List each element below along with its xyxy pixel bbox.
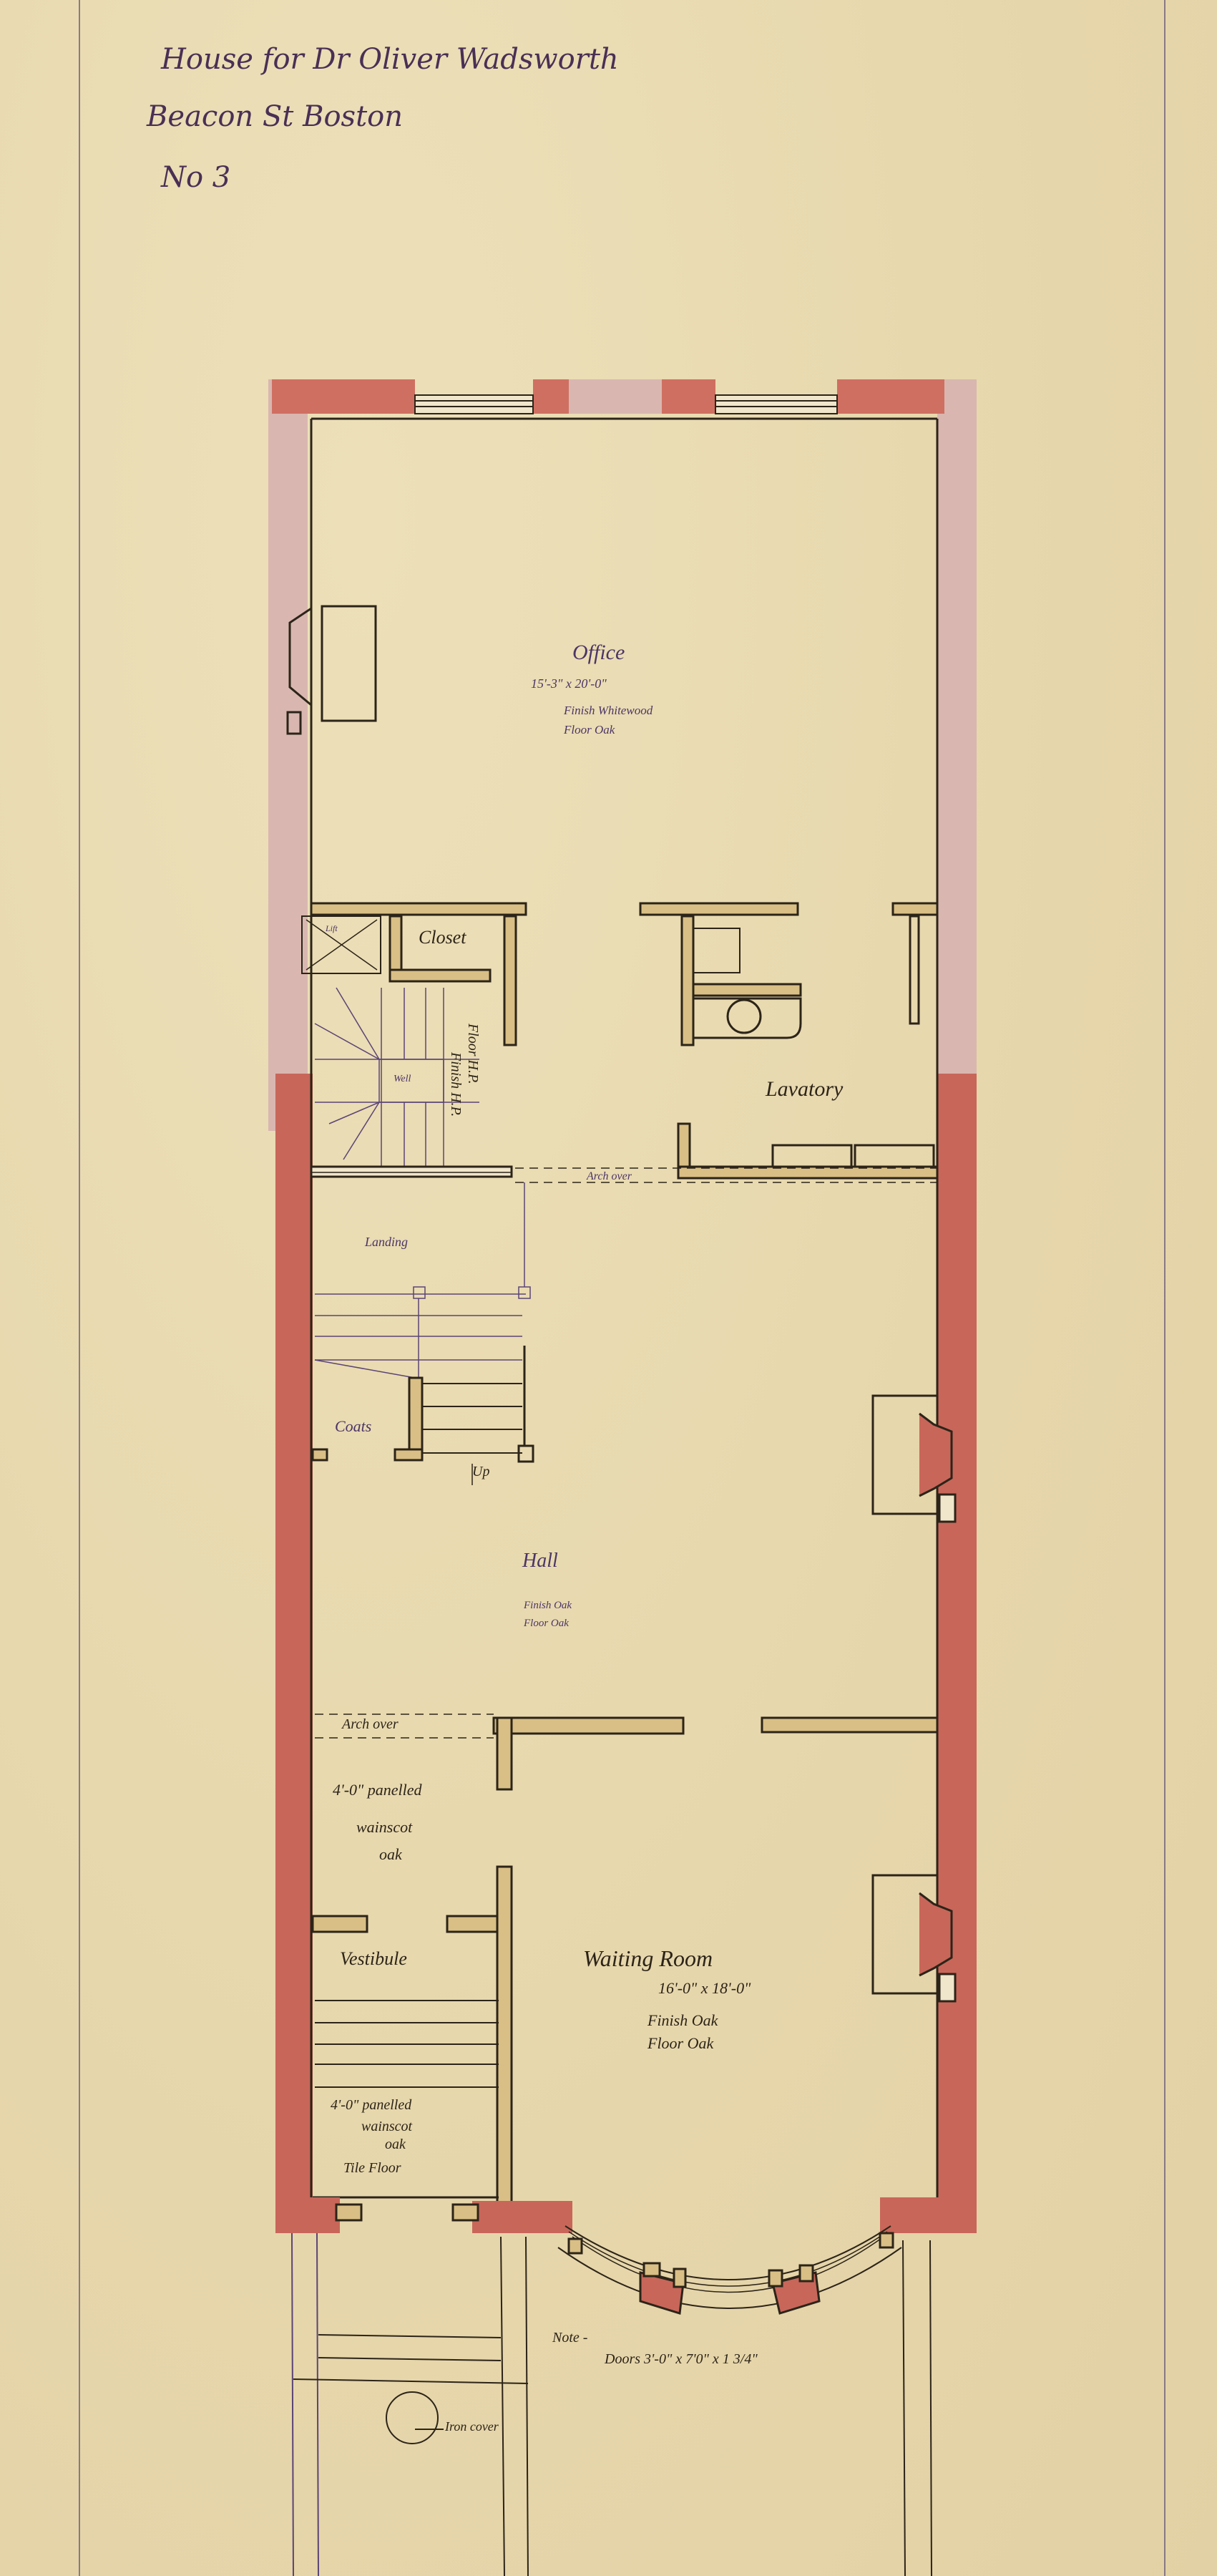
hall-floor: Floor Oak — [524, 1618, 569, 1630]
vestibule-floor: Tile Floor — [343, 2160, 401, 2177]
vestibule-label: Vestibule — [340, 1948, 407, 1970]
well-label: Well — [394, 1074, 411, 1085]
hall-wainscot-line1: 4'-0" panelled — [333, 1781, 422, 1799]
waiting-room-label: Waiting Room — [583, 1945, 713, 1972]
waiting-room-floor: Floor Oak — [647, 2034, 713, 2053]
waiting-room-finish: Finish Oak — [647, 2011, 718, 2030]
office-floor: Floor Oak — [564, 723, 615, 737]
waiting-room-dimensions: 16'-0" x 18'-0" — [658, 1979, 751, 1998]
vestibule-wainscot-line2: wainscot — [361, 2119, 412, 2135]
hall-label: Hall — [522, 1550, 558, 1573]
floor-plan-drawing — [0, 0, 1217, 2576]
iron-cover-note: Iron cover — [445, 2419, 499, 2434]
vestibule-wainscot-line3: oak — [385, 2137, 406, 2153]
doors-note: Doors 3'-0" x 7'0" x 1 3/4" — [605, 2351, 758, 2368]
hall-wainscot-line3: oak — [379, 1845, 402, 1864]
vestibule-wainscot-line1: 4'-0" panelled — [331, 2097, 411, 2114]
lavatory-label: Lavatory — [766, 1077, 843, 1102]
office-finish: Finish Whitewood — [564, 704, 653, 718]
stair-floor-note: Floor H.P. — [464, 1024, 481, 1084]
note-label: Note - — [552, 2330, 587, 2346]
stair-finish-note: Finish H.P. — [447, 1052, 464, 1117]
closet-label: Closet — [419, 927, 466, 948]
up-arrow-label: Up — [472, 1464, 489, 1480]
hall-wainscot-line2: wainscot — [356, 1818, 412, 1837]
office-dimensions: 15'-3" x 20'-0" — [531, 676, 607, 691]
hall-finish: Finish Oak — [524, 1600, 572, 1612]
office-label: Office — [572, 641, 625, 665]
arch-over-upper: Arch over — [587, 1170, 632, 1183]
lift-label: Lift — [326, 923, 338, 934]
coats-label: Coats — [335, 1417, 371, 1436]
landing-label: Landing — [365, 1235, 408, 1250]
arch-over-lower: Arch over — [342, 1716, 399, 1733]
